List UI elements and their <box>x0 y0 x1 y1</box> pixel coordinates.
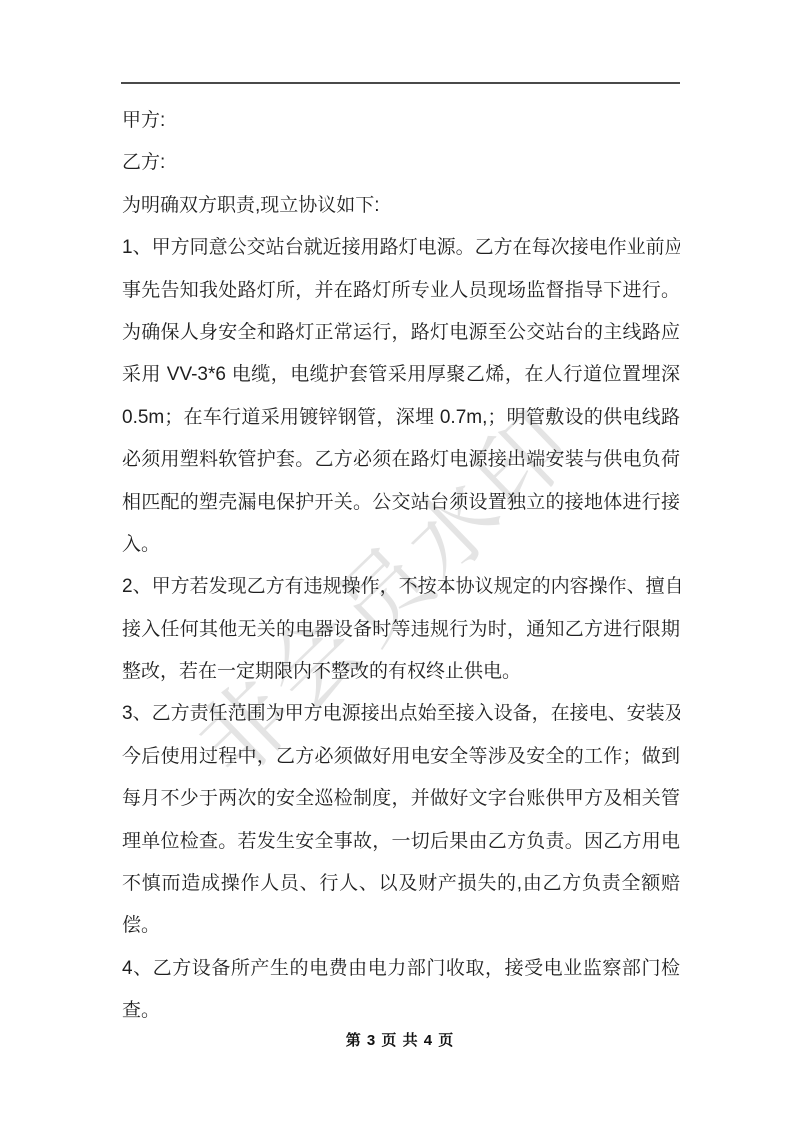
paragraph: 1、甲方同意公交站台就近接用路灯电源。乙方在每次接电作业前应事先告知我处路灯所，… <box>122 227 680 566</box>
text-line: 2、甲方若发现乙方有违规操作，不按本协议规定的内容操作、擅自 <box>122 566 680 608</box>
text-line: 每月不少于两次的安全巡检制度，并做好文字台账供甲方及相关管 <box>122 778 680 820</box>
header-rule <box>121 82 680 84</box>
text-line: 0.5m；在车行道采用镀锌钢管，深埋 0.7m,；明管敷设的供电线路 <box>122 397 680 439</box>
text-line: 相匹配的塑壳漏电保护开关。公交站台须设置独立的接地体进行接 <box>122 482 680 524</box>
document-page: 非会员水印 甲方:乙方:为明确双方职责,现立协议如下:1、甲方同意公交站台就近接… <box>0 0 800 1131</box>
text-line: 接入任何其他无关的电器设备时等违规行为时，通知乙方进行限期 <box>122 609 680 651</box>
text-line: 4、乙方设备所产生的电费由电力部门收取，接受电业监察部门检 <box>122 948 680 990</box>
text-line: 采用 VV-3*6 电缆，电缆护套管采用厚聚乙烯，在人行道位置埋深 <box>122 354 680 396</box>
text-line: 为明确双方职责,现立协议如下: <box>122 185 680 227</box>
text-line: 查。 <box>122 990 680 1032</box>
paragraph: 2、甲方若发现乙方有违规操作，不按本协议规定的内容操作、擅自接入任何其他无关的电… <box>122 566 680 693</box>
document-body: 甲方:乙方:为明确双方职责,现立协议如下:1、甲方同意公交站台就近接用路灯电源。… <box>122 100 680 1033</box>
page-number: 第 3 页 共 4 页 <box>0 1029 800 1050</box>
text-line: 今后使用过程中，乙方必须做好用电安全等涉及安全的工作；做到 <box>122 736 680 778</box>
text-line: 偿。 <box>122 905 680 947</box>
paragraph: 甲方: <box>122 100 680 142</box>
text-line: 理单位检查。若发生安全事故，一切后果由乙方负责。因乙方用电 <box>122 821 680 863</box>
text-line: 为确保人身安全和路灯正常运行，路灯电源至公交站台的主线路应 <box>122 312 680 354</box>
text-line: 乙方: <box>122 142 680 184</box>
text-line: 事先告知我处路灯所，并在路灯所专业人员现场监督指导下进行。 <box>122 270 680 312</box>
text-line: 入。 <box>122 524 680 566</box>
text-line: 3、乙方责任范围为甲方电源接出点始至接入设备，在接电、安装及 <box>122 693 680 735</box>
paragraph: 为明确双方职责,现立协议如下: <box>122 185 680 227</box>
paragraph: 4、乙方设备所产生的电费由电力部门收取，接受电业监察部门检查。 <box>122 948 680 1033</box>
paragraph: 3、乙方责任范围为甲方电源接出点始至接入设备，在接电、安装及今后使用过程中，乙方… <box>122 693 680 947</box>
text-line: 1、甲方同意公交站台就近接用路灯电源。乙方在每次接电作业前应 <box>122 227 680 269</box>
text-line: 不慎而造成操作人员、行人、以及财产损失的,由乙方负责全额赔 <box>122 863 680 905</box>
text-line: 整改，若在一定期限内不整改的有权终止供电。 <box>122 651 680 693</box>
text-line: 必须用塑料软管护套。乙方必须在路灯电源接出端安装与供电负荷 <box>122 439 680 481</box>
text-line: 甲方: <box>122 100 680 142</box>
paragraph: 乙方: <box>122 142 680 184</box>
